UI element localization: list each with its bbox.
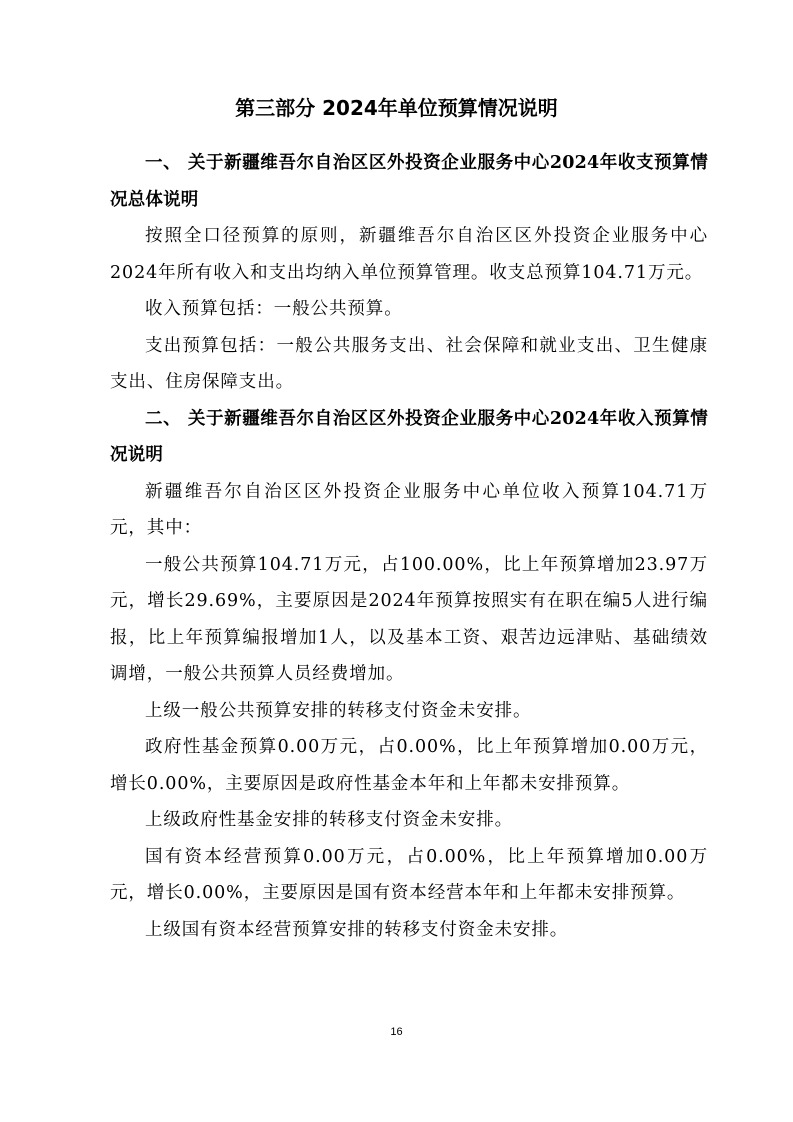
document-page: 第三部分 2024年单位预算情况说明 一、 关于新疆维吾尔自治区区外投资企业服务… [0, 0, 793, 1122]
paragraph: 国有资本经营预算0.00万元，占0.00%，比上年预算增加0.00万元，增长0.… [110, 839, 708, 912]
page-title: 第三部分 2024年单位预算情况说明 [0, 92, 793, 121]
section-heading-1: 一、 关于新疆维吾尔自治区区外投资企业服务中心2024年收支预算情况总体说明 [110, 145, 708, 218]
paragraph: 上级国有资本经营预算安排的转移支付资金未安排。 [110, 912, 708, 949]
section-heading-2: 二、 关于新疆维吾尔自治区区外投资企业服务中心2024年收入预算情况说明 [110, 401, 708, 474]
paragraph: 上级一般公共预算安排的转移支付资金未安排。 [110, 693, 708, 730]
paragraph: 新疆维吾尔自治区区外投资企业服务中心单位收入预算104.71万元，其中： [110, 474, 708, 547]
paragraph: 政府性基金预算0.00万元，占0.00%，比上年预算增加0.00万元，增长0.0… [110, 729, 708, 802]
page-number: 16 [0, 1026, 793, 1038]
paragraph: 上级政府性基金安排的转移支付资金未安排。 [110, 802, 708, 839]
paragraph: 收入预算包括：一般公共预算。 [110, 291, 708, 328]
document-body: 一、 关于新疆维吾尔自治区区外投资企业服务中心2024年收支预算情况总体说明 按… [110, 145, 708, 948]
paragraph: 支出预算包括：一般公共服务支出、社会保障和就业支出、卫生健康支出、住房保障支出。 [110, 328, 708, 401]
paragraph: 按照全口径预算的原则，新疆维吾尔自治区区外投资企业服务中心2024年所有收入和支… [110, 218, 708, 291]
paragraph: 一般公共预算104.71万元，占100.00%，比上年预算增加23.97万元，增… [110, 547, 708, 693]
